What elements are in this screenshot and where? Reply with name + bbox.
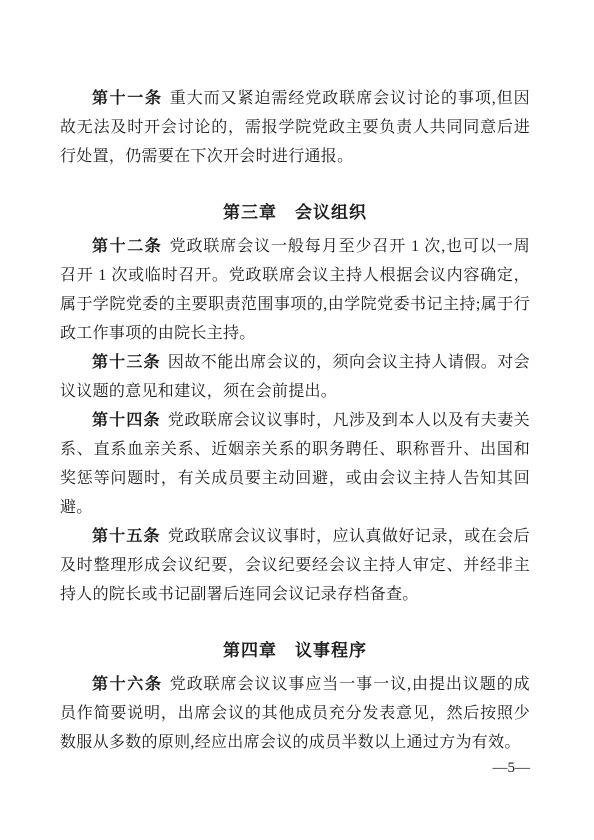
chapter-4-heading: 第四章 议事程序 xyxy=(60,636,530,665)
article-13-number: 第十三条 xyxy=(92,354,161,371)
article-16-paragraph: 第十六条党政联席会议议事应当一事一议,由提出议题的成员作简要说明，出席会议的其他… xyxy=(60,670,530,757)
article-12-paragraph: 第十二条党政联席会议一般每月至少召开 1 次,也可以一周召开 1 次或临时召开。… xyxy=(60,232,530,348)
article-15-paragraph: 第十五条党政联席会议议事时，应认真做好记录，或在会后及时整理形成会议纪要，会议纪… xyxy=(60,522,530,609)
article-12-number: 第十二条 xyxy=(92,238,162,255)
article-11-paragraph: 第十一条重大而又紧迫需经党政联席会议讨论的事项,但因故无法及时开会讨论的，需报学… xyxy=(60,84,530,171)
document-page: 第十一条重大而又紧迫需经党政联席会议讨论的事项,但因故无法及时开会讨论的，需报学… xyxy=(0,0,594,840)
article-11-number: 第十一条 xyxy=(92,90,163,107)
page-number: —5— xyxy=(60,760,530,777)
chapter-3-heading: 第三章 会议组织 xyxy=(60,198,530,227)
article-15-number: 第十五条 xyxy=(92,528,161,545)
article-14-paragraph: 第十四条党政联席会议议事时，凡涉及到本人以及有夫妻关系、直系血亲关系、近姻亲关系… xyxy=(60,406,530,522)
document-body: 第十一条重大而又紧迫需经党政联席会议讨论的事项,但因故无法及时开会讨论的，需报学… xyxy=(60,84,530,757)
article-16-number: 第十六条 xyxy=(92,676,163,693)
article-13-paragraph: 第十三条因故不能出席会议的，须向会议主持人请假。对会议议题的意见和建议，须在会前… xyxy=(60,348,530,406)
article-14-number: 第十四条 xyxy=(92,412,161,429)
